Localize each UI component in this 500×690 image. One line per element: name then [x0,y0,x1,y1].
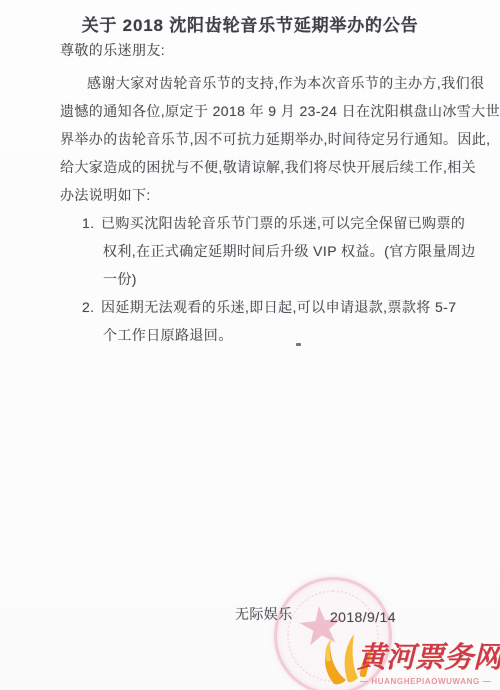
paragraph-line: 给大家造成的困扰与不便,敬请谅解,我们将尽快开展后续工作,相关 [60,159,476,175]
list-item-2-number: 2. [82,299,94,315]
document-title: 关于 2018 沈阳齿轮音乐节延期举办的公告 [0,11,500,36]
paragraph-line: 遗憾的通知各位,原定于 2018 年 9 月 23-24 日在沈阳棋盘山冰雪大世 [60,103,500,119]
signature-company: 无际娱乐 [235,606,293,622]
list-item-1-line: 权利,在正式确定延期时间后升级 VIP 权益。(官方限量周边 [103,243,476,259]
list-item-1-line: 已购买沈阳齿轮音乐节门票的乐迷,可以完全保留已购票的 [101,215,465,231]
list-item-1-number: 1. [82,215,94,231]
salutation: 尊敬的乐迷朋友: [60,42,165,58]
watermark-site-romanized: — HUANGHEPIAOWUWANG — [360,677,491,686]
list-item-2-line: 因延期无法观看的乐迷,即日起,可以申请退款,票款将 5-7 [101,299,456,315]
ink-speck [296,343,301,346]
paragraph-line: 感谢大家对齿轮音乐节的支持,作为本次音乐节的主办方,我们很 [87,75,484,91]
watermark-site-name: 黄河票务网 [357,641,500,675]
announcement-document: 关于 2018 沈阳齿轮音乐节延期举办的公告 尊敬的乐迷朋友: 感谢大家对齿轮音… [0,0,500,690]
signature-date: 2018/9/14 [330,609,396,625]
list-item-2-line: 个工作日原路退回。 [103,327,233,343]
list-item-1-line: 一份) [103,271,137,287]
paragraph-line: 办法说明如下: [60,187,151,203]
paragraph-line: 界举办的齿轮音乐节,因不可抗力延期举办,时间待定另行通知。因此, [60,131,490,147]
